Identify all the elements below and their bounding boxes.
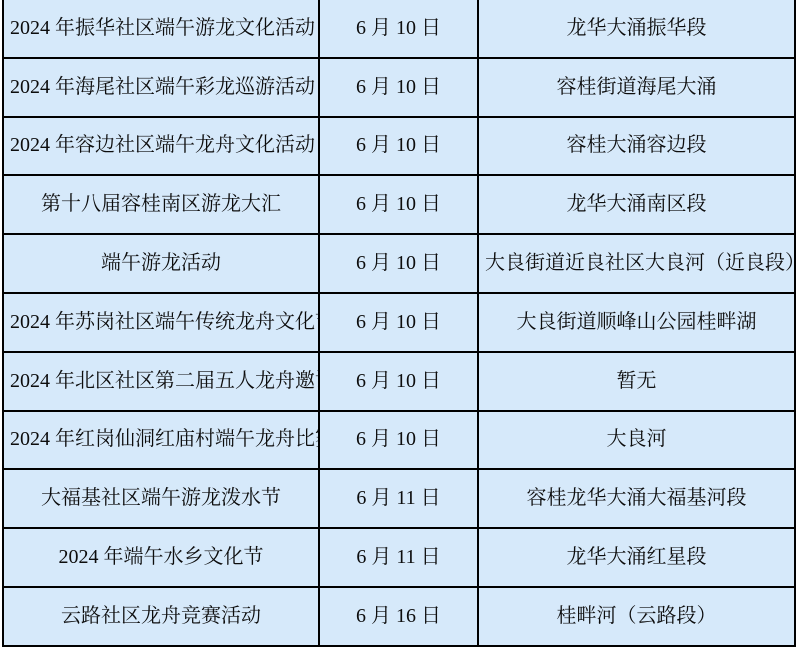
date-cell: 6 月 11 日 [319,469,478,528]
location-cell: 容桂龙华大涌大福基河段 [478,469,795,528]
activity-cell: 大福基社区端午游龙泼水节 [3,469,319,528]
event-table: 2024 年振华社区端午游龙文化活动 6 月 10 日 龙华大涌振华段 2024… [2,0,796,647]
date-cell: 6 月 10 日 [319,234,478,293]
date-cell: 6 月 10 日 [319,175,478,234]
activity-cell: 2024 年振华社区端午游龙文化活动 [3,0,319,58]
event-table-wrap: 2024 年振华社区端午游龙文化活动 6 月 10 日 龙华大涌振华段 2024… [2,0,796,647]
activity-cell: 第十八届容桂南区游龙大汇 [3,175,319,234]
activity-cell: 端午游龙活动 [3,234,319,293]
date-cell: 6 月 10 日 [319,352,478,411]
location-cell: 桂畔河（云路段） [478,587,795,646]
date-cell: 6 月 11 日 [319,528,478,587]
table-row: 大福基社区端午游龙泼水节 6 月 11 日 容桂龙华大涌大福基河段 [3,469,795,528]
table-row: 2024 年海尾社区端午彩龙巡游活动 6 月 10 日 容桂街道海尾大涌 [3,58,795,117]
activity-cell: 2024 年苏岗社区端午传统龙舟文化节 [3,293,319,352]
activity-cell: 2024 年红岗仙洞红庙村端午龙舟比赛 [3,411,319,470]
table-row: 云路社区龙舟竞赛活动 6 月 16 日 桂畔河（云路段） [3,587,795,646]
page: 2024 年振华社区端午游龙文化活动 6 月 10 日 龙华大涌振华段 2024… [0,0,796,650]
event-table-body: 2024 年振华社区端午游龙文化活动 6 月 10 日 龙华大涌振华段 2024… [3,0,795,646]
location-cell: 容桂街道海尾大涌 [478,58,795,117]
location-cell: 龙华大涌红星段 [478,528,795,587]
date-cell: 6 月 16 日 [319,587,478,646]
location-cell: 容桂大涌容边段 [478,117,795,176]
date-cell: 6 月 10 日 [319,293,478,352]
location-cell: 大良河 [478,411,795,470]
activity-cell: 2024 年容边社区端午龙舟文化活动 [3,117,319,176]
location-cell: 龙华大涌南区段 [478,175,795,234]
location-cell: 龙华大涌振华段 [478,0,795,58]
activity-cell: 2024 年端午水乡文化节 [3,528,319,587]
table-row: 2024 年北区社区第二届五人龙舟邀请赛 6 月 10 日 暂无 [3,352,795,411]
table-row: 2024 年容边社区端午龙舟文化活动 6 月 10 日 容桂大涌容边段 [3,117,795,176]
location-cell: 大良街道顺峰山公园桂畔湖 [478,293,795,352]
date-cell: 6 月 10 日 [319,58,478,117]
table-row: 端午游龙活动 6 月 10 日 大良街道近良社区大良河（近良段） [3,234,795,293]
table-row: 2024 年苏岗社区端午传统龙舟文化节 6 月 10 日 大良街道顺峰山公园桂畔… [3,293,795,352]
activity-cell: 云路社区龙舟竞赛活动 [3,587,319,646]
table-row: 2024 年端午水乡文化节 6 月 11 日 龙华大涌红星段 [3,528,795,587]
date-cell: 6 月 10 日 [319,411,478,470]
activity-cell: 2024 年北区社区第二届五人龙舟邀请赛 [3,352,319,411]
location-cell: 大良街道近良社区大良河（近良段） [478,234,795,293]
location-cell: 暂无 [478,352,795,411]
table-row: 第十八届容桂南区游龙大汇 6 月 10 日 龙华大涌南区段 [3,175,795,234]
table-row: 2024 年振华社区端午游龙文化活动 6 月 10 日 龙华大涌振华段 [3,0,795,58]
date-cell: 6 月 10 日 [319,0,478,58]
date-cell: 6 月 10 日 [319,117,478,176]
table-row: 2024 年红岗仙洞红庙村端午龙舟比赛 6 月 10 日 大良河 [3,411,795,470]
activity-cell: 2024 年海尾社区端午彩龙巡游活动 [3,58,319,117]
